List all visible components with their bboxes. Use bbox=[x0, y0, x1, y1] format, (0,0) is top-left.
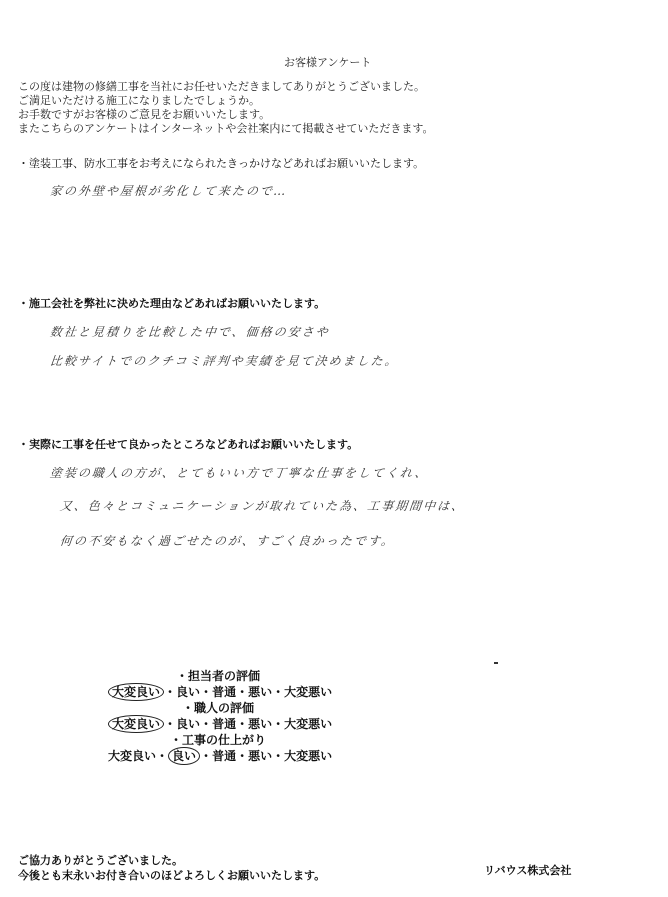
rating-option[interactable]: 普通 bbox=[212, 717, 236, 731]
intro-text: この度は建物の修繕工事を当社にお任せいただきましてありがとうございました。 ご満… bbox=[18, 80, 433, 136]
question-2-label: ・施工会社を弊社に決めた理由などあればお願いいたします。 bbox=[18, 295, 325, 311]
rating-option[interactable]: 大変悪い bbox=[284, 717, 332, 731]
rating-option[interactable]: 普通 bbox=[212, 749, 236, 763]
ratings-section: ・担当者の評価 大変良い・良い・普通・悪い・大変悪い ・職人の評価 大変良い・良… bbox=[108, 668, 328, 764]
rating-option[interactable]: 悪い bbox=[248, 685, 272, 699]
rating-option[interactable]: 普通 bbox=[212, 685, 236, 699]
rating-option-selected[interactable]: 大変良い bbox=[108, 683, 164, 701]
footer-thanks: ご協力ありがとうございました。 今後とも末永いお付き合いのほどよろしくお願いいた… bbox=[18, 853, 325, 883]
intro-line: お手数ですがお客様のご意見をお願いいたします。 bbox=[18, 108, 433, 122]
scan-speck bbox=[494, 662, 498, 664]
question-3-handwritten-answer-line: 又、色々とコミュニケーションが取れていた為、工事期間中は、 bbox=[59, 497, 466, 514]
rating-option[interactable]: 良い bbox=[176, 685, 200, 699]
rating-option[interactable]: 悪い bbox=[248, 749, 272, 763]
intro-line: この度は建物の修繕工事を当社にお任せいただきましてありがとうございました。 bbox=[18, 80, 433, 94]
question-2-handwritten-answer-line: 数社と見積りを比較した中で、価格の安さや bbox=[49, 323, 331, 340]
rating-option-selected[interactable]: 良い bbox=[168, 747, 200, 765]
footer-thanks-line: ご協力ありがとうございました。 bbox=[18, 853, 325, 868]
rating-option[interactable]: 大変良い bbox=[108, 749, 156, 763]
intro-line: ご満足いただける施工になりましたでしょうか。 bbox=[18, 94, 433, 108]
rating-option[interactable]: 悪い bbox=[248, 717, 272, 731]
rating-title-staff: ・担当者の評価 bbox=[108, 668, 328, 684]
rating-row-craftsman: 大変良い・良い・普通・悪い・大変悪い bbox=[108, 716, 328, 732]
intro-line: またこちらのアンケートはインターネットや会社案内にて掲載させていただきます。 bbox=[18, 122, 433, 136]
rating-row-staff: 大変良い・良い・普通・悪い・大変悪い bbox=[108, 684, 328, 700]
rating-title-craftsman: ・職人の評価 bbox=[108, 700, 328, 716]
rating-row-finish: 大変良い・良い・普通・悪い・大変悪い bbox=[108, 748, 328, 764]
rating-option-selected[interactable]: 大変良い bbox=[108, 715, 164, 733]
question-1-handwritten-answer: 家の外壁や屋根が劣化して来たので… bbox=[49, 182, 289, 199]
question-3-label: ・実際に工事を任せて良かったところなどあればお願いいたします。 bbox=[18, 436, 358, 452]
question-3-handwritten-answer-line: 何の不安もなく過ごせたのが、すごく良かったです。 bbox=[59, 532, 396, 549]
question-3-handwritten-answer-line: 塗装の職人の方が、とてもいい方で丁寧な仕事をしてくれ、 bbox=[49, 464, 430, 481]
rating-option[interactable]: 大変悪い bbox=[284, 685, 332, 699]
company-name: リバウス株式会社 bbox=[484, 862, 571, 878]
question-1-label: ・塗装工事、防水工事をお考えになられたきっかけなどあればお願いいたします。 bbox=[18, 155, 424, 171]
question-2-handwritten-answer-line: 比較サイトでのクチコミ評判や実績を見て決めました。 bbox=[49, 352, 399, 369]
rating-title-finish: ・工事の仕上がり bbox=[108, 732, 328, 748]
rating-option[interactable]: 良い bbox=[176, 717, 200, 731]
footer-thanks-line: 今後とも末永いお付き合いのほどよろしくお願いいたします。 bbox=[18, 868, 325, 883]
survey-title: お客様アンケート bbox=[284, 54, 371, 70]
rating-option[interactable]: 大変悪い bbox=[284, 749, 332, 763]
